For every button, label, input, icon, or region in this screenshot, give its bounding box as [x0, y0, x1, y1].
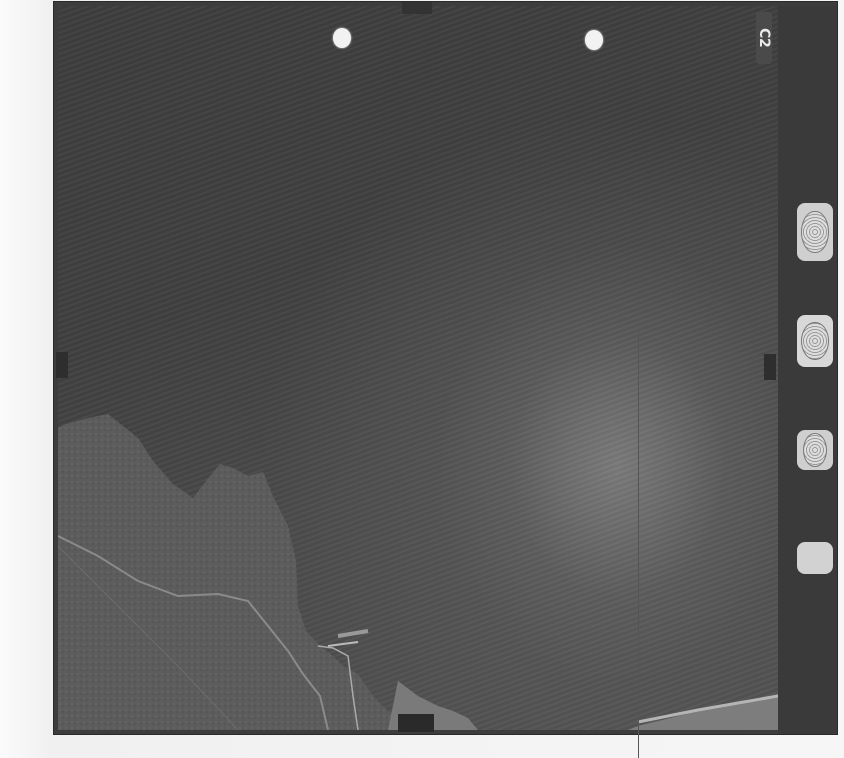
frame-tab-bottom — [398, 714, 434, 732]
fiducial-notch-left — [56, 352, 68, 378]
fiducial-mark-right — [585, 30, 603, 50]
fiducial-notch-right — [764, 354, 776, 380]
data-strip — [778, 6, 837, 734]
altimeter-icon — [797, 203, 833, 261]
frame-number: 2 — [756, 38, 772, 48]
frame-tab-top — [402, 2, 432, 14]
coastline-land — [58, 6, 778, 730]
fiducial-mark-left — [333, 28, 351, 48]
clock-icon — [797, 430, 833, 470]
aerial-photo — [58, 6, 778, 730]
frame-prefix: C — [756, 28, 772, 38]
data-card-icon — [797, 542, 833, 574]
scan-seam-line — [638, 330, 639, 758]
level-bubble-icon — [797, 315, 833, 367]
frame-number-label: C 2 — [756, 12, 772, 64]
